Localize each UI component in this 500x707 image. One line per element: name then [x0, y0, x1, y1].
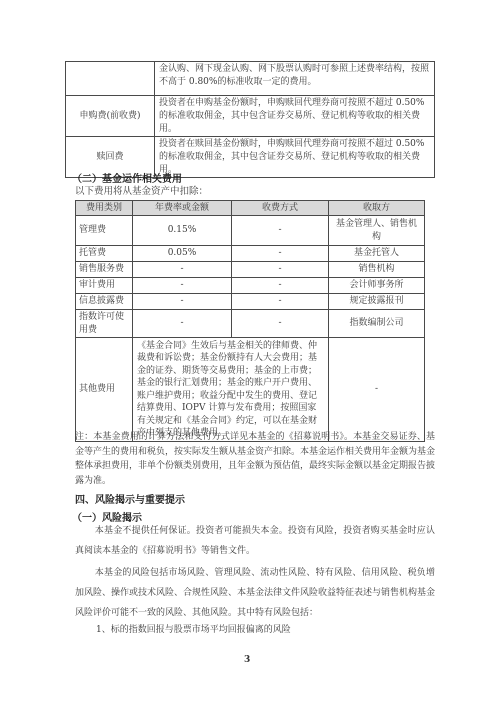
cell-category: 托管费	[76, 246, 133, 262]
cell-payee: 会计师事务所	[329, 278, 425, 294]
cell-payee: -	[329, 338, 425, 442]
purchase-fee-table: 金认购、网下现金认购、网下股票认购时可参照上述费率结构，按照不高于 0.80%的…	[65, 61, 435, 178]
operation-fee-table: 费用类别 年费率或金额 收费方式 收取方 管理费 0.15% - 基金管理人、销…	[75, 200, 425, 442]
cell-payee: 规定披露报刊	[329, 294, 425, 310]
fee-description: 投资者在申购基金份额时，申购赎回代理券商可按照不超过 0.50%的标准收取佣金，…	[155, 96, 435, 137]
table-row: 审计费用 - - 会计师事务所	[76, 278, 425, 294]
section-heading-operation-fees: （二）基金运作相关费用	[72, 170, 182, 185]
fee-label	[66, 62, 155, 96]
header-payee: 收取方	[329, 201, 425, 216]
cell-category: 指数许可使用费	[76, 310, 133, 338]
table-row: 销售服务费 - - 销售机构	[76, 262, 425, 278]
cell-rate: -	[133, 310, 232, 338]
fee-description: 金认购、网下现金认购、网下股票认购时可参照上述费率结构，按照不高于 0.80%的…	[155, 62, 435, 96]
cell-method: -	[232, 246, 329, 262]
cell-method: -	[232, 310, 329, 338]
cell-payee: 销售机构	[329, 262, 425, 278]
cell-method: -	[232, 262, 329, 278]
cell-payee: 基金管理人、销售机构	[329, 216, 425, 246]
cell-category: 管理费	[76, 216, 133, 246]
cell-method: -	[232, 294, 329, 310]
risk-paragraph: 本基金的风险包括市场风险、管理风险、流动性风险、特有风险、信用风险、税负增加风险…	[75, 563, 435, 623]
table-row: 信息披露费 - - 规定披露报刊	[76, 294, 425, 310]
cell-method: -	[232, 216, 329, 246]
table-row: 托管费 0.05% - 基金托管人	[76, 246, 425, 262]
fee-note: 注：本基金费用的计算方法和支付方式详见本基金的《招募说明书》。本基金交易证券、基…	[75, 430, 435, 488]
header-method: 收费方式	[232, 201, 329, 216]
cell-rate: 0.15%	[133, 216, 232, 246]
risk-paragraph: 本基金不提供任何保证。投资者可能损失本金。投资有风险，投资者购买基金时应认真阅读…	[75, 521, 435, 561]
cell-category: 其他费用	[76, 338, 133, 442]
table-row: 申购费(前收费) 投资者在申购基金份额时，申购赎回代理券商可按照不超过 0.50…	[66, 96, 435, 137]
cell-rate: -	[133, 278, 232, 294]
table-row: 管理费 0.15% - 基金管理人、销售机构	[76, 216, 425, 246]
table-row: 指数许可使用费 - - 指数编制公司	[76, 310, 425, 338]
risk-list-item: 1、标的指数回报与股票市场平均回报偏离的风险	[96, 624, 291, 637]
cell-category: 销售服务费	[76, 262, 133, 278]
cell-rate: -	[133, 262, 232, 278]
cell-rate: -	[133, 294, 232, 310]
table-row: 金认购、网下现金认购、网下股票认购时可参照上述费率结构，按照不高于 0.80%的…	[66, 62, 435, 96]
table-header-row: 费用类别 年费率或金额 收费方式 收取方	[76, 201, 425, 216]
cell-payee: 基金托管人	[329, 246, 425, 262]
fee-label: 申购费(前收费)	[66, 96, 155, 137]
header-category: 费用类别	[76, 201, 133, 216]
cell-category: 审计费用	[76, 278, 133, 294]
section-heading-risk: 四、风险揭示与重要提示	[75, 491, 185, 506]
cell-method: -	[232, 278, 329, 294]
section-intro: 以下费用将从基金资产中扣除：	[75, 185, 208, 198]
cell-payee: 指数编制公司	[329, 310, 425, 338]
page-number: 3	[244, 655, 250, 665]
header-rate: 年费率或金额	[133, 201, 232, 216]
cell-category: 信息披露费	[76, 294, 133, 310]
table-row: 其他费用 《基金合同》生效后与基金相关的律师费、仲裁费和诉讼费；基金份额持有人大…	[76, 338, 425, 442]
fee-description: 投资者在赎回基金份额时，申购赎回代理券商可按照不超过 0.50%的标准收取佣金，…	[155, 137, 435, 178]
cell-rate: 0.05%	[133, 246, 232, 262]
cell-other-fees-description: 《基金合同》生效后与基金相关的律师费、仲裁费和诉讼费；基金份额持有人大会费用；基…	[133, 338, 329, 442]
